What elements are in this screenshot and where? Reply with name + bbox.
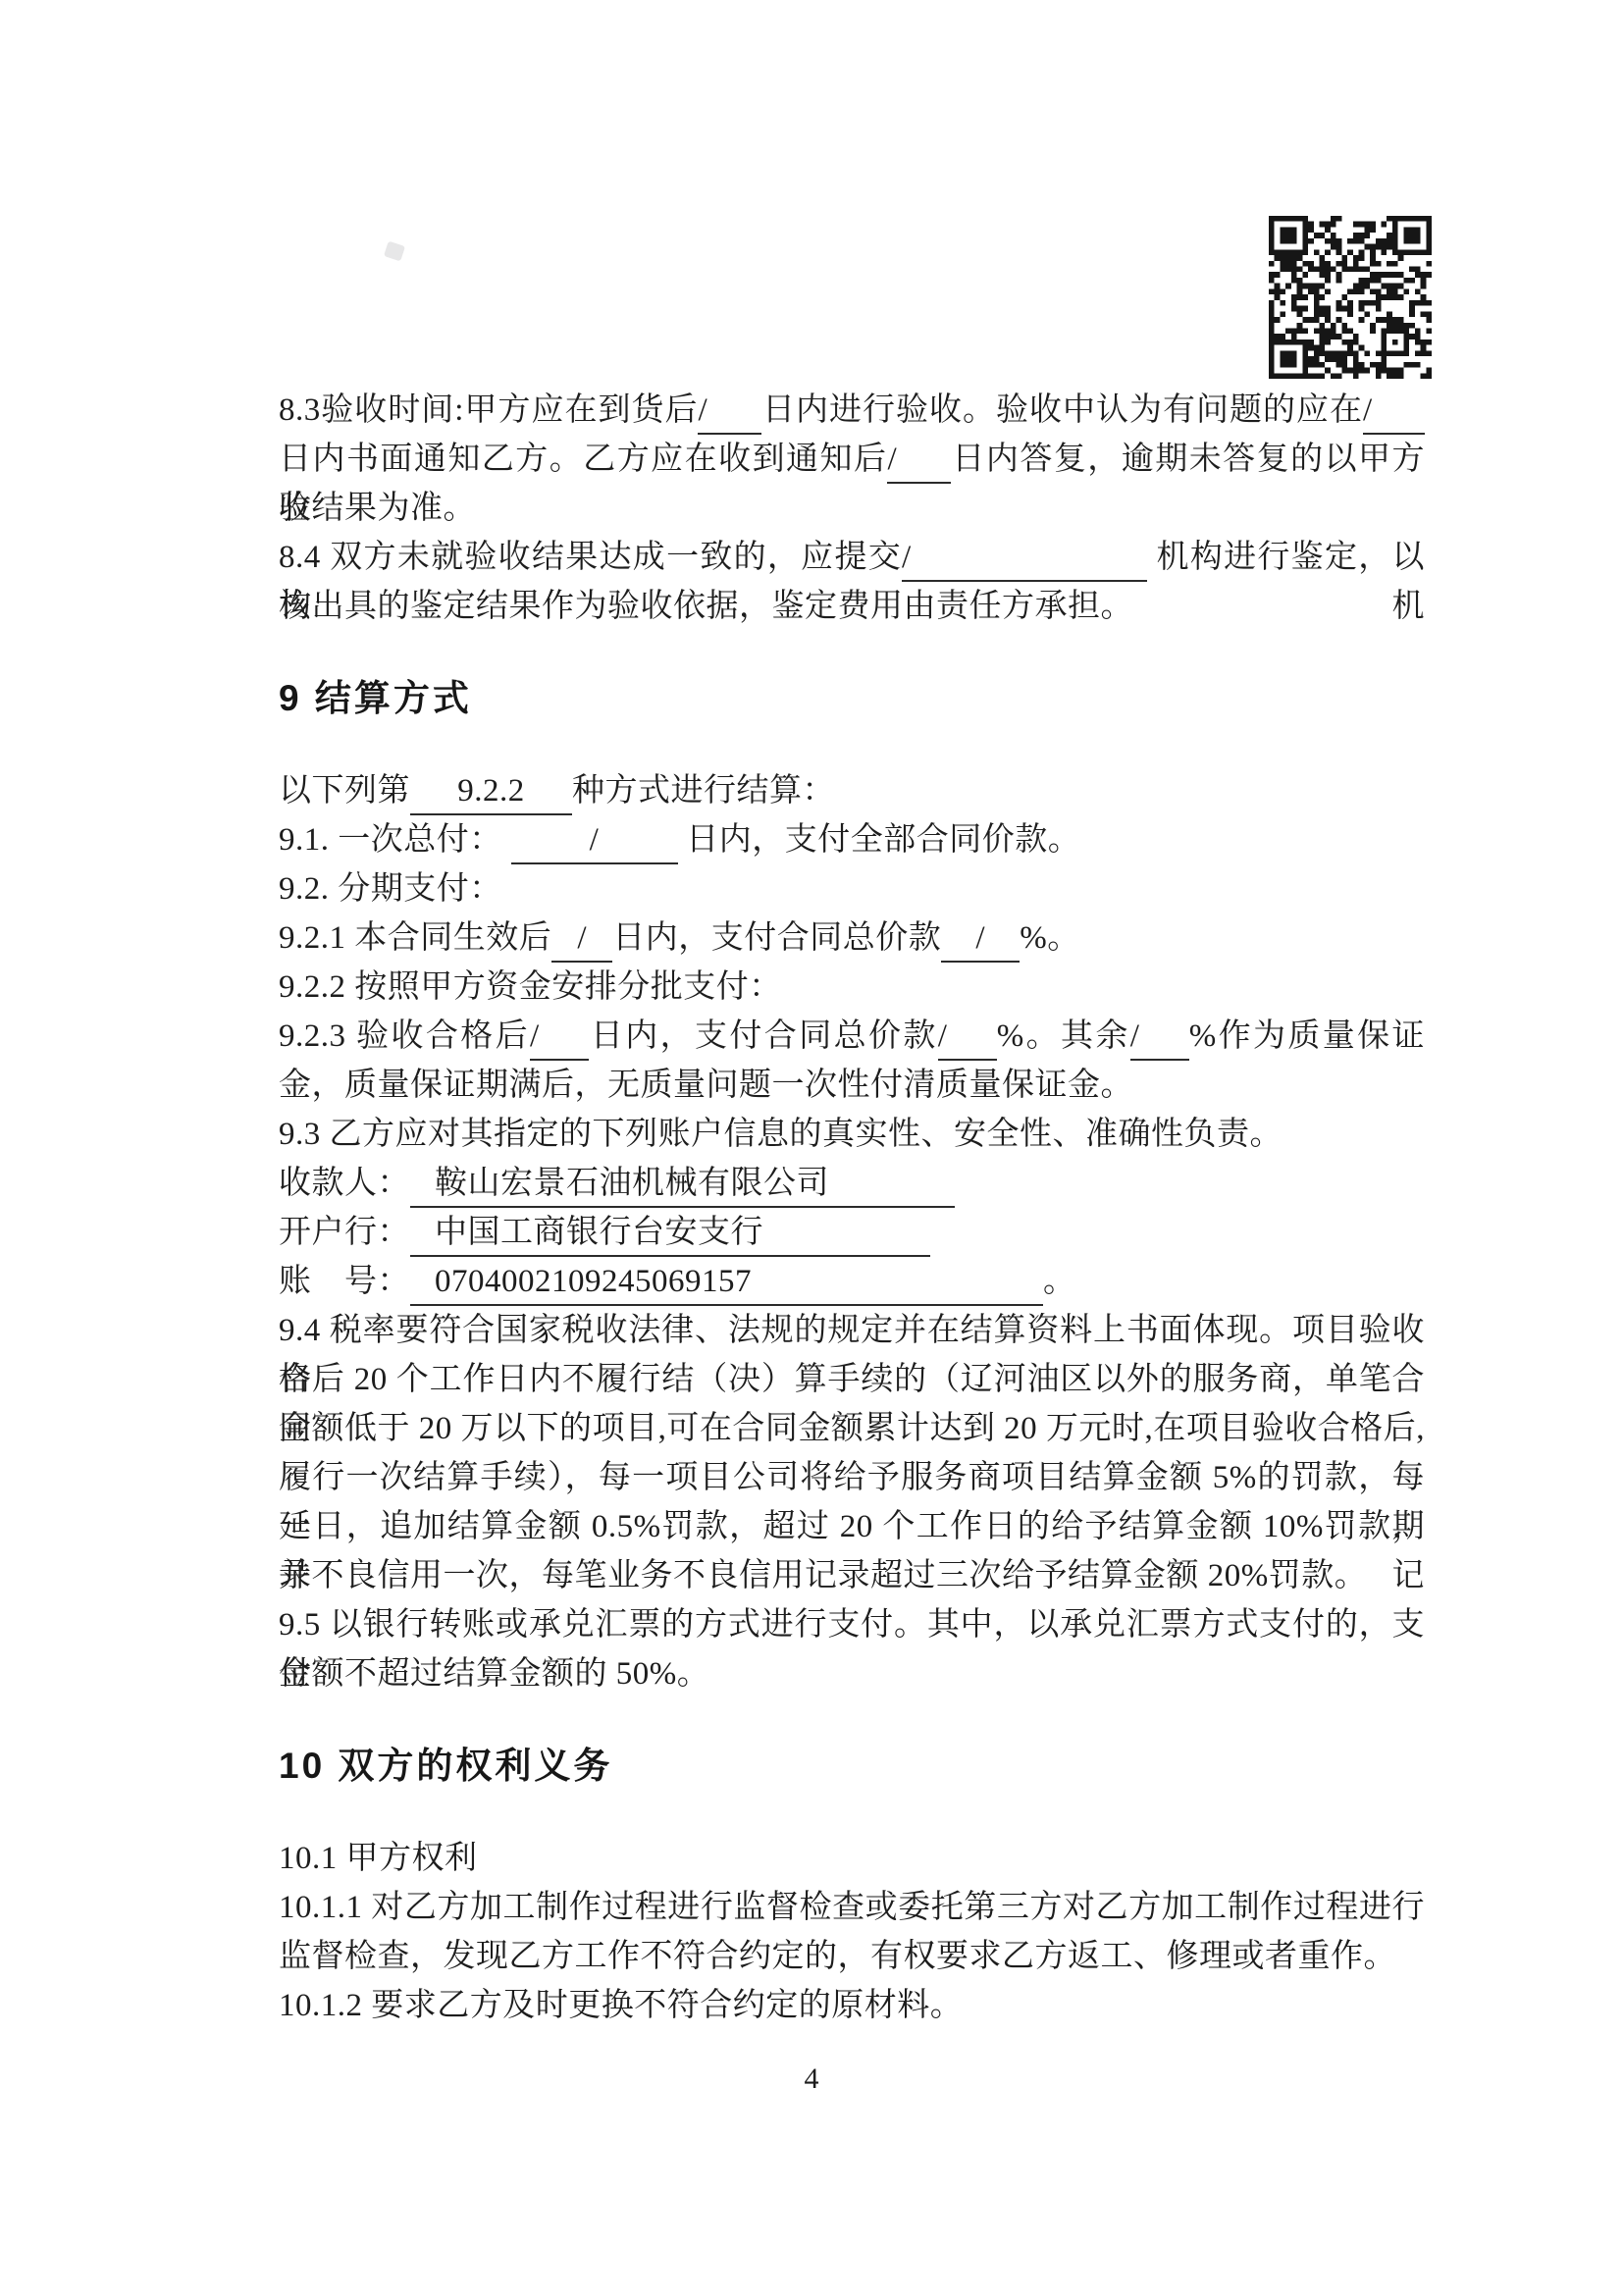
text-run: 9.1. 一次总付： — [279, 822, 511, 858]
text-run: 收结果为准。 — [279, 491, 476, 526]
document-line: 9.2.2 按照甲方资金安排分批支付： — [279, 963, 1425, 1012]
text-run: 构出具的鉴定结果作为验收依据，鉴定费用由责任方承担。 — [279, 589, 1133, 624]
document-line: 9.5 以银行转账或承兑汇票的方式进行支付。其中，以承兑汇票方式支付的，支付 — [279, 1600, 1425, 1649]
blank-field: / — [938, 1013, 997, 1061]
text-run: 收款人： — [279, 1166, 410, 1201]
text-run: 9.2. 分期支付： — [279, 871, 502, 907]
text-run: 10.1.2 要求乙方及时更换不符合约定的原材料。 — [279, 1988, 963, 2023]
document-line: 日内书面通知乙方。乙方应在收到通知后/日内答复，逾期未答复的以甲方验 — [279, 435, 1425, 484]
filled-blank-field: 中国工商银行台安支行 — [410, 1209, 930, 1257]
document-line: 10.1 甲方权利 — [279, 1834, 1425, 1883]
document-line: 9.1. 一次总付： / 日内，支付全部合同价款。 — [279, 815, 1425, 864]
document-line: 一日，追加结算金额 0.5%罚款，超过 20 个工作日的给予结算金额 10%罚款… — [279, 1502, 1425, 1551]
text-run: 日内进行验收。验收中认为有问题的应在 — [761, 392, 1363, 428]
blank-field: / — [530, 1013, 589, 1061]
text-run: %。 — [1020, 920, 1080, 956]
section-heading: 9 结算方式 — [279, 674, 1425, 723]
text-run: 8.3验收时间:甲方应在到货后 — [279, 392, 698, 428]
blank-field: / — [511, 816, 678, 864]
blank-field: / — [1130, 1013, 1189, 1061]
text-run: 录不良信用一次，每笔业务不良信用记录超过三次给予结算金额 20%罚款。 — [279, 1558, 1367, 1593]
document-line: 收款人：鞍山宏景石油机械有限公司 — [279, 1159, 1425, 1208]
document-line: 收结果为准。 — [279, 484, 1425, 533]
document-line: 金额不超过结算金额的 50%。 — [279, 1649, 1425, 1698]
blank-field: / — [887, 436, 951, 484]
text-run: 9.2.1 本合同生效后 — [279, 920, 551, 956]
filled-blank-field: 0704002109245069157 — [410, 1258, 1043, 1306]
text-run: 日内，支付合同总价款 — [589, 1018, 938, 1054]
document-line: 9.2.3 验收合格后/日内，支付合同总价款/%。其余/%作为质量保证 — [279, 1012, 1425, 1061]
blank-field: / — [698, 387, 761, 435]
blank-field: / — [941, 914, 1020, 963]
text-run: 日内，支付全部合同价款。 — [678, 822, 1081, 858]
filled-blank-field: 鞍山宏景石油机械有限公司 — [410, 1160, 955, 1208]
page-number: 4 — [0, 2055, 1623, 2104]
document-line: 金额低于 20 万以下的项目,可在合同金额累计达到 20 万元时,在项目验收合格… — [279, 1404, 1425, 1453]
text-run: 监督检查，发现乙方工作不符合约定的，有权要求乙方返工、修理或者重作。 — [279, 1939, 1396, 1974]
document-line: 履行一次结算手续），每一项目公司将给予服务商项目结算金额 5%的罚款，每延期 — [279, 1453, 1425, 1502]
document-line: 金，质量保证期满后，无质量问题一次性付清质量保证金。 — [279, 1061, 1425, 1110]
section-heading: 10 双方的权利义务 — [279, 1742, 1425, 1791]
text-run: 以下列第 — [279, 773, 410, 809]
text-run: 10.1 甲方权利 — [279, 1841, 478, 1876]
document-line: 账 号：0704002109245069157。 — [279, 1257, 1425, 1306]
document-line: 录不良信用一次，每笔业务不良信用记录超过三次给予结算金额 20%罚款。 — [279, 1551, 1425, 1600]
document-line: 监督检查，发现乙方工作不符合约定的，有权要求乙方返工、修理或者重作。 — [279, 1932, 1425, 1981]
document-line: 9.3 乙方应对其指定的下列账户信息的真实性、安全性、准确性负责。 — [279, 1110, 1425, 1159]
document-body: 8.3验收时间:甲方应在到货后/日内进行验收。验收中认为有问题的应在/日内书面通… — [279, 386, 1425, 2030]
blank-field: / — [551, 914, 612, 963]
text-run: 日内，支付合同总价款 — [612, 920, 941, 956]
document-line: 9.2.1 本合同生效后/日内，支付合同总价款/%。 — [279, 913, 1425, 963]
text-run: 9.3 乙方应对其指定的下列账户信息的真实性、安全性、准确性负责。 — [279, 1117, 1283, 1152]
text-run: 开户行： — [279, 1215, 410, 1250]
text-run: 金额低于 20 万以下的项目,可在合同金额累计达到 20 万元时,在项目验收合格… — [279, 1411, 1425, 1446]
filled-blank-field: 9.2.2 — [410, 767, 572, 815]
text-run: 金，质量保证期满后，无质量问题一次性付清质量保证金。 — [279, 1068, 1133, 1103]
document-line: 开户行：中国工商银行台安支行 — [279, 1208, 1425, 1257]
document-line: 10.1.1 对乙方加工制作过程进行监督检查或委托第三方对乙方加工制作过程进行 — [279, 1883, 1425, 1932]
text-run: 。 — [1043, 1264, 1076, 1299]
text-run: 账 号： — [279, 1264, 410, 1299]
document-line: 10.1.2 要求乙方及时更换不符合约定的原材料。 — [279, 1981, 1425, 2030]
document-line: 8.3验收时间:甲方应在到货后/日内进行验收。验收中认为有问题的应在/ — [279, 386, 1425, 435]
document-line: 格后 20 个工作日内不履行结（决）算手续的（辽河油区以外的服务商，单笔合同 — [279, 1355, 1425, 1404]
blank-field: / — [902, 534, 1147, 582]
text-run: 8.4 双方未就验收结果达成一致的，应提交 — [279, 540, 902, 575]
text-run: 金额不超过结算金额的 50%。 — [279, 1656, 709, 1692]
document-line: 8.4 双方未就验收结果达成一致的，应提交/ 机构进行鉴定，以该机 — [279, 533, 1425, 582]
text-run: 9.2.3 验收合格后 — [279, 1018, 530, 1054]
text-run: 日内书面通知乙方。乙方应在收到通知后 — [279, 442, 887, 477]
text-run: %作为质量保证 — [1189, 1018, 1425, 1054]
text-run: 10.1.1 对乙方加工制作过程进行监督检查或委托第三方对乙方加工制作过程进行 — [279, 1890, 1425, 1925]
qr-code — [1269, 214, 1432, 381]
document-line: 9.4 税率要符合国家税收法律、法规的规定并在结算资料上书面体现。项目验收合 — [279, 1306, 1425, 1355]
document-page: 8.3验收时间:甲方应在到货后/日内进行验收。验收中认为有问题的应在/日内书面通… — [0, 0, 1623, 2296]
text-run: 种方式进行结算： — [572, 773, 835, 809]
text-run: %。其余 — [997, 1018, 1130, 1054]
blank-field: / — [1363, 387, 1425, 435]
document-line: 以下列第9.2.2种方式进行结算： — [279, 766, 1425, 815]
scan-artifact — [384, 241, 405, 262]
text-run: 9.2.2 按照甲方资金安排分批支付： — [279, 969, 782, 1005]
document-line: 9.2. 分期支付： — [279, 864, 1425, 913]
